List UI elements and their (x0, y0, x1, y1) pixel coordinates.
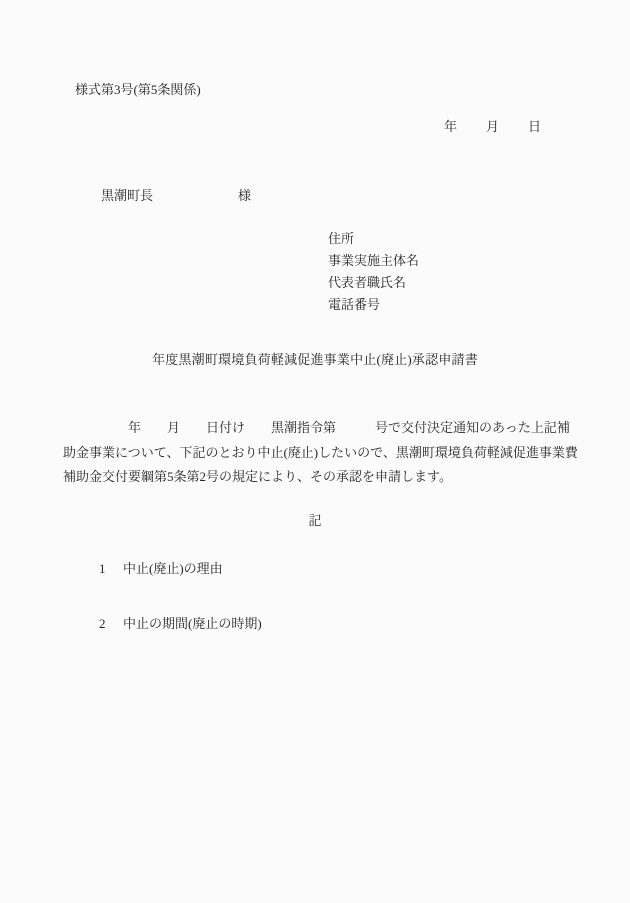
document-page: 様式第3号(第5条関係) 年 月 日 黒潮町長様 住所 事業実施主体名 代表者職… (0, 0, 630, 903)
record-marker: 記 (0, 513, 630, 529)
sender-field-representative-name: 代表者職氏名 (328, 275, 406, 291)
addressee-honorific: 様 (238, 188, 251, 203)
addressee-line: 黒潮町長様 (88, 172, 251, 221)
body-paragraph-line-1: 年 月 日付け 黒潮指令第 号で交付決定通知のあった上記補 (63, 420, 570, 436)
list-item-label: 中止(廃止)の理由 (123, 561, 223, 576)
sender-field-address: 住所 (328, 231, 354, 247)
sender-field-phone-number: 電話番号 (328, 297, 380, 313)
list-item-reason: 1中止(廃止)の理由 (86, 545, 223, 594)
body-paragraph-line-2: 助金事業について、下記のとおり中止(廃止)したいので、黒潮町環境負荷軽減促進事業… (63, 445, 578, 461)
sender-field-business-entity-name: 事業実施主体名 (328, 253, 419, 269)
form-number: 様式第3号(第5条関係) (75, 82, 201, 98)
date-blank-line: 年 月 日 (444, 119, 542, 135)
list-item-period: 2中止の期間(廃止の時期) (86, 600, 262, 649)
list-item-number: 2 (99, 616, 123, 632)
list-item-label: 中止の期間(廃止の時期) (123, 616, 262, 631)
list-item-number: 1 (99, 561, 123, 577)
addressee-name: 黒潮町長 (101, 188, 153, 203)
body-paragraph-line-3: 補助金交付要綱第5条第2号の規定により、その承認を申請します。 (63, 469, 452, 485)
document-title: 年度黒潮町環境負荷軽減促進事業中止(廃止)承認申請書 (0, 352, 630, 368)
